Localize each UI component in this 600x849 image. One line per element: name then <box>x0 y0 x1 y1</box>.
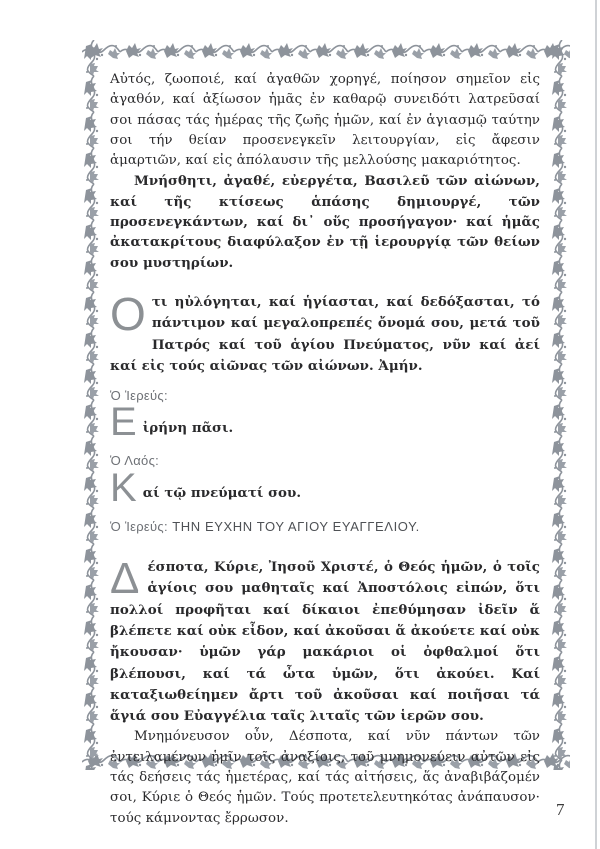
liturgy-text: Αὐτός, ζωοποιέ, καί ἀγαθῶν χορηγέ, ποίησ… <box>110 70 540 829</box>
rubric-label: Ὁ Ἱερεύς: <box>110 519 168 534</box>
prayer-paragraph-1: Αὐτός, ζωοποιέ, καί ἀγαθῶν χορηγέ, ποίησ… <box>110 70 540 171</box>
page-edge-shadow <box>595 0 597 849</box>
drop-cap: Ε <box>110 402 137 442</box>
vine-border-right <box>550 40 570 770</box>
drop-cap: Κ <box>110 468 137 508</box>
priest-response: Ε ἰρήνη πᾶσι. <box>110 406 540 442</box>
doxology-paragraph: Ο τι ηὐλόγηται, καί ἡγίασται, καί δεδόξα… <box>110 292 540 377</box>
page-number: 7 <box>556 800 565 820</box>
rubric-people: Ὁ Λαός: <box>110 451 540 471</box>
section-title: ΤΗΝ ΕΥΧΗΝ ΤΟΥ ΑΓΙΟΥ ΕΥΑΓΓΕΛΙΟΥ. <box>172 519 420 534</box>
drop-cap: Δ <box>110 559 139 599</box>
drop-cap: Ο <box>110 294 146 335</box>
spirit-text: αί τῷ πνεύματί σου. <box>143 483 301 507</box>
remembrance-paragraph: Μνημόνευσον οὖν, Δέσποτα, καί νῦν πάντων… <box>110 727 540 828</box>
peace-text: ἰρήνη πᾶσι. <box>143 418 233 442</box>
gospel-prayer-text: έσποτα, Κύριε, Ἰησοῦ Χριστέ, ὁ Θεός ἡμῶν… <box>110 559 540 724</box>
prayer-paragraph-2: Μνήσθητι, ἀγαθέ, εὐεργέτα, Βασιλεῦ τῶν α… <box>110 171 540 272</box>
rubric-priest: Ὁ Ἱερεύς: <box>110 386 540 406</box>
people-response: Κ αί τῷ πνεύματί σου. <box>110 472 540 508</box>
vine-border-top <box>82 40 570 60</box>
doxology-text: τι ηὐλόγηται, καί ἡγίασται, καί δεδόξαστ… <box>110 294 540 374</box>
gospel-prayer-paragraph: Δ έσποτα, Κύριε, Ἰησοῦ Χριστέ, ὁ Θεός ἡμ… <box>110 557 540 727</box>
vine-ornament-icon <box>550 40 570 770</box>
vine-ornament-icon <box>82 40 102 770</box>
vine-ornament-icon <box>82 40 570 60</box>
vine-border-left <box>82 40 102 770</box>
rubric-gospel-prayer: Ὁ Ἱερεύς: ΤΗΝ ΕΥΧΗΝ ΤΟΥ ΑΓΙΟΥ ΕΥΑΓΓΕΛΙΟΥ… <box>110 517 540 538</box>
